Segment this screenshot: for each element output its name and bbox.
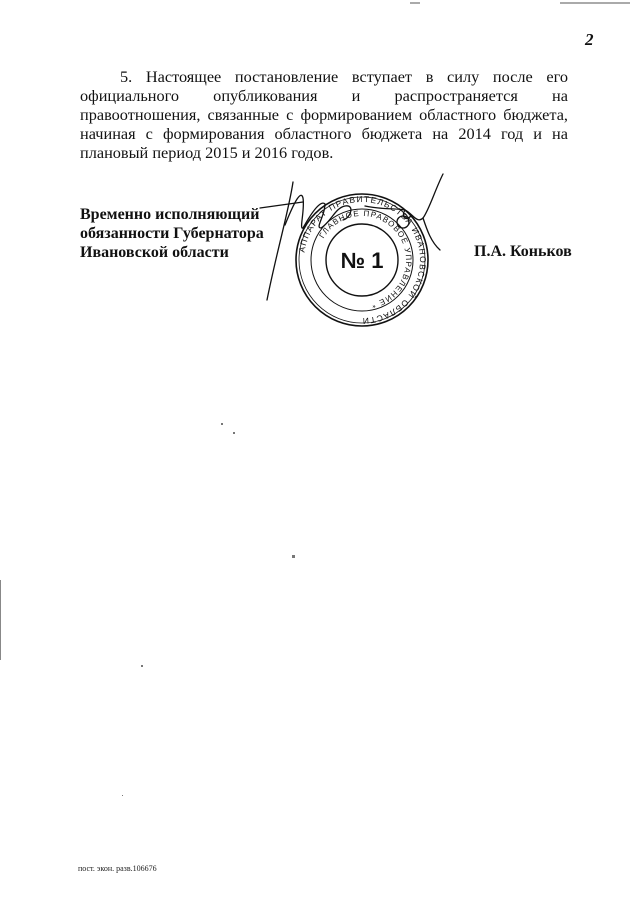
footer-reference: пост. экон. разв.106676 [78, 864, 157, 873]
scan-artifact [410, 2, 420, 4]
stamp-center-number: № 1 [341, 248, 384, 273]
scan-speck [292, 555, 295, 558]
page-number: 2 [585, 30, 594, 50]
official-stamp-and-signature: АППАРАТ ПРАВИТЕЛЬСТВА ИВАНОВСКОЙ ОБЛАСТИ… [255, 170, 465, 330]
scan-speck [221, 423, 223, 425]
scan-artifact [560, 2, 630, 4]
scan-speck [141, 665, 143, 667]
paragraph-5: 5. Настоящее постановление вступает в си… [80, 67, 568, 162]
scan-speck [233, 432, 235, 434]
signatory-title-line: Ивановской области [80, 243, 264, 262]
signatory-title-line: обязанности Губернатора [80, 224, 264, 243]
signatory-title-line: Временно исполняющий [80, 205, 264, 224]
signatory-title: Временно исполняющий обязанности Губерна… [80, 205, 264, 262]
scan-edge-line [0, 580, 1, 660]
scan-speck [122, 795, 123, 796]
signatory-name: П.А. Коньков [474, 243, 572, 261]
